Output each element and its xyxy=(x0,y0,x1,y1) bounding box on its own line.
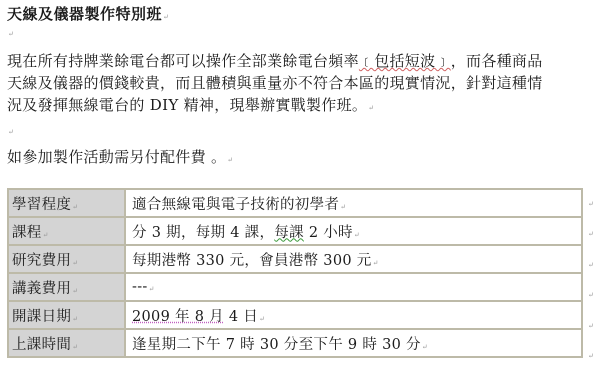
row-end-mark-icon: ↵ xyxy=(588,230,594,238)
intro-paragraph: 現在所有持牌業餘電台都可以操作全部業餘電台頻率﹝包括短波﹞，而各種商品 天線及儀… xyxy=(7,50,597,119)
table-row: 研究費用↵ 每期港幣 330 元，會員港幣 300 元↵ xyxy=(8,245,582,273)
paragraph-mark-icon: ↵ xyxy=(227,156,233,164)
row-value: 逢星期二下午 7 時 30 分至下午 9 時 30 分↵ xyxy=(125,329,582,357)
line3-text: 況及發揮無線電台的 DIY 精神，現舉辦實戰製作班。 xyxy=(7,96,367,114)
paragraph-mark-icon: ↵ xyxy=(163,13,169,21)
row-value: 每期港幣 330 元，會員港幣 300 元↵ xyxy=(125,245,582,273)
paragraph-mark-icon: ↵ xyxy=(8,30,14,38)
cell-mark-icon: ↵ xyxy=(72,315,78,323)
paragraph-line-3: 況及發揮無線電台的 DIY 精神，現舉辦實戰製作班。↵ xyxy=(7,94,597,119)
row-end-mark-icon: ↵ xyxy=(588,352,594,360)
document-title: 天線及儀器製作特別班↵ xyxy=(7,3,169,24)
paragraph-line-1: 現在所有持牌業餘電台都可以操作全部業餘電台頻率﹝包括短波﹞，而各種商品 xyxy=(7,50,597,72)
row-end-mark-icon: ↵ xyxy=(588,261,594,269)
row-label: 開課日期↵ xyxy=(8,301,125,329)
cell-mark-icon: ↵ xyxy=(354,231,360,239)
cell-mark-icon: ↵ xyxy=(340,203,346,211)
cell-mark-icon: ↵ xyxy=(72,259,78,267)
row-label: 學習程度↵ xyxy=(8,189,125,217)
row-value: 分 3 期，每期 4 課，每課 2 小時↵ xyxy=(125,217,582,245)
paragraph-mark-icon: ↵ xyxy=(8,128,14,136)
cell-mark-icon: ↵ xyxy=(43,231,49,239)
spellcheck-flagged-text: ﹝包括短波﹞ xyxy=(359,52,451,70)
grammar-flagged-text: 每課 xyxy=(274,225,304,241)
row-label: 上課時間↵ xyxy=(8,329,125,357)
smart-tag-date: 2009 年 8 月 xyxy=(132,309,224,325)
row-end-mark-icon: ↵ xyxy=(588,200,594,208)
note-paragraph: 如參加製作活動需另付配件費 。↵ xyxy=(7,146,233,167)
table-row: 課程↵ 分 3 期，每期 4 課，每課 2 小時↵ xyxy=(8,217,582,245)
row-label: 課程↵ xyxy=(8,217,125,245)
line1-tail: ，而各種商品 xyxy=(451,52,543,70)
table-row: 學習程度↵ 適合無線電與電子技術的初學者↵ xyxy=(8,189,582,217)
cell-mark-icon: ↵ xyxy=(373,259,379,267)
row-value: ---↵ xyxy=(125,273,582,301)
row-label: 講義費用↵ xyxy=(8,273,125,301)
cell-mark-icon: ↵ xyxy=(259,315,265,323)
note-text: 如參加製作活動需另付配件費 。 xyxy=(7,148,226,166)
row-end-mark-icon: ↵ xyxy=(588,322,594,330)
row-value: 適合無線電與電子技術的初學者↵ xyxy=(125,189,582,217)
line1-text: 現在所有持牌業餘電台都可以操作全部業餘電台頻率 xyxy=(7,52,359,70)
row-value: 2009 年 8 月 4 日↵ xyxy=(125,301,582,329)
title-text: 天線及儀器製作特別班 xyxy=(7,5,162,23)
table-row: 講義費用↵ ---↵ xyxy=(8,273,582,301)
cell-mark-icon: ↵ xyxy=(422,343,428,351)
cell-mark-icon: ↵ xyxy=(72,343,78,351)
cell-mark-icon: ↵ xyxy=(149,285,155,293)
cell-mark-icon: ↵ xyxy=(72,287,78,295)
row-end-mark-icon: ↵ xyxy=(588,291,594,299)
table-row: 開課日期↵ 2009 年 8 月 4 日↵ xyxy=(8,301,582,329)
paragraph-mark-icon: ↵ xyxy=(368,104,374,112)
course-info-table: 學習程度↵ 適合無線電與電子技術的初學者↵ 課程↵ 分 3 期，每期 4 課，每… xyxy=(7,188,583,358)
paragraph-line-2: 天線及儀器的價錢較貴，而且體積與重量亦不符合本區的現實情況，針對這種情 xyxy=(7,72,597,94)
cell-mark-icon: ↵ xyxy=(72,203,78,211)
row-label: 研究費用↵ xyxy=(8,245,125,273)
table-row: 上課時間↵ 逢星期二下午 7 時 30 分至下午 9 時 30 分↵ xyxy=(8,329,582,357)
